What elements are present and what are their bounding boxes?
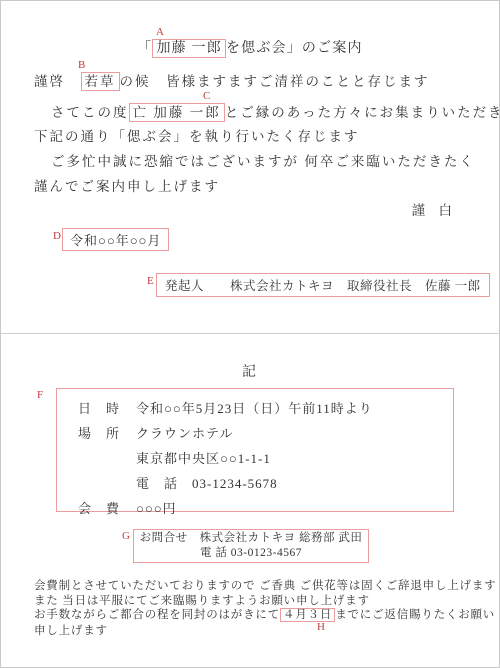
detail-row-phone: 電 話 03-1234-5678 xyxy=(78,471,453,496)
note-line-4: 申し上げます xyxy=(34,622,108,638)
title-pre: 「 xyxy=(137,41,152,56)
detail-row-place: 場 所クラウンホテル xyxy=(78,421,453,446)
annotation-box-h-reply-deadline: ４月３日 xyxy=(280,608,335,622)
title-post: を偲ぶ会」のご案内 xyxy=(226,41,363,56)
annotation-box-g-contact: お問合せ 株式会社カトキヨ 総務部 武田 電 話 03-0123-4567 xyxy=(133,529,369,563)
document-title: 「加藤 一郎を偲ぶ会」のご案内 xyxy=(1,37,499,57)
body-line-3: 謹んでご案内申し上げます xyxy=(34,175,220,195)
annotation-label-g: G xyxy=(122,530,130,542)
intro-line: さてこの度亡 加藤 一郎とご縁のあった方々にお集まりいただき xyxy=(51,101,500,121)
invitation-document: A B C D E F G H 「加藤 一郎を偲ぶ会」のご案内 謹啓 若草の候 … xyxy=(0,0,500,668)
body-line-2: ご多忙中誠に恐縮ではございますが 何卒ご来臨いただきたく xyxy=(51,150,475,170)
contact-line-2: 電 話 03-0123-4567 xyxy=(134,546,368,561)
detail-row-datetime: 日 時令和○○年5月23日（日）午前11時より xyxy=(78,396,453,421)
detail-value: 令和○○年5月23日（日）午前11時より xyxy=(136,401,373,416)
note3-post: までにご返信賜りたくお願い xyxy=(335,609,495,621)
detail-value: 電 話 03-1234-5678 xyxy=(136,476,278,491)
contact-line-1: お問合せ 株式会社カトキヨ 総務部 武田 xyxy=(134,531,368,546)
note3-pre: お手数ながらご都合の程を同封のはがきにて xyxy=(34,609,280,621)
note-line-1: 会費制とさせていただいておりますので ご香典 ご供花等は固くご辞退申し上げます xyxy=(34,577,496,593)
detail-label: 場 所 xyxy=(78,421,136,446)
body-line-1: 下記の通り「偲ぶ会」を執り行いたく存じます xyxy=(34,125,360,145)
detail-row-address: 東京都中央区○○1-1-1 xyxy=(78,446,453,471)
annotation-label-h: H xyxy=(317,621,325,633)
detail-row-fee: 会 費○○○円 xyxy=(78,496,453,521)
detail-value: 東京都中央区○○1-1-1 xyxy=(136,451,271,466)
annotation-label-f: F xyxy=(37,389,43,401)
closing-salutation: 謹 白 xyxy=(412,199,457,219)
record-heading: 記 xyxy=(1,361,499,381)
annotation-label-d: D xyxy=(53,230,61,242)
annotation-box-d-date: 令和○○年○○月 xyxy=(62,228,169,251)
note-line-3: お手数ながらご都合の程を同封のはがきにて４月３日までにご返信賜りたくお願い xyxy=(34,606,495,622)
greeting-pre: 謹啓 xyxy=(34,74,81,89)
annotation-box-a-deceased-name: 加藤 一郎 xyxy=(152,39,226,58)
intro-pre: さてこの度 xyxy=(51,105,129,120)
greeting-post: の候 皆様ますますご清祥のことと存じます xyxy=(120,74,430,89)
detail-value: クラウンホテル xyxy=(136,426,233,441)
detail-label: 会 費 xyxy=(78,496,136,521)
detail-label: 日 時 xyxy=(78,396,136,421)
annotation-box-b-season-word: 若草 xyxy=(81,72,120,91)
detail-value: ○○○円 xyxy=(136,501,177,516)
annotation-box-e-organizer: 発起人 株式会社カトキヨ 取締役社長 佐藤 一郎 xyxy=(156,273,490,297)
annotation-label-e: E xyxy=(147,275,154,287)
greeting-line: 謹啓 若草の候 皆様ますますご清祥のことと存じます xyxy=(34,70,430,90)
annotation-box-f-event-details: 日 時令和○○年5月23日（日）午前11時より 場 所クラウンホテル 東京都中央… xyxy=(56,388,454,512)
annotation-box-c-deceased-full-name: 亡 加藤 一郎 xyxy=(129,103,225,122)
section-divider xyxy=(1,333,499,334)
intro-post: とご縁のあった方々にお集まりいただき xyxy=(225,105,500,120)
